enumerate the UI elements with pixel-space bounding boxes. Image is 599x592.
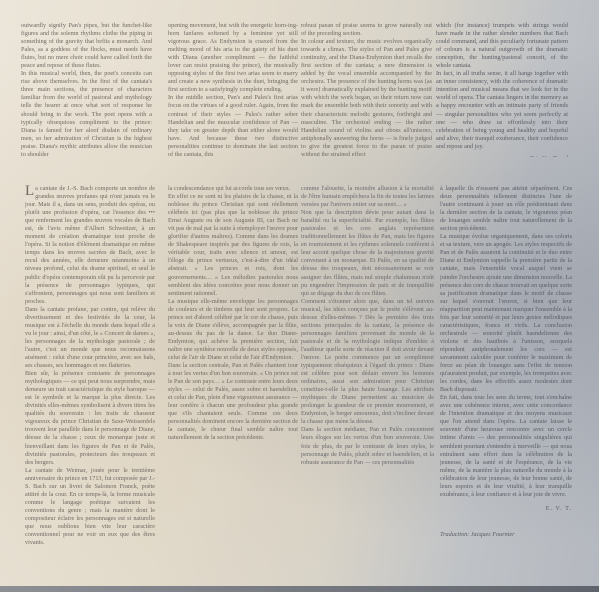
- paragraph: outwardly signify Pan's pipes, but the f…: [21, 22, 152, 70]
- paragraph: opening movement, but with the energetic…: [168, 22, 298, 94]
- french-column-3: comme l'alouette, la moindre allusion à …: [301, 185, 434, 570]
- paragraph: In colour and texture, the music evolves…: [301, 38, 432, 157]
- paragraph: la condescendance qui lui accorde tous s…: [168, 185, 298, 193]
- paragraph: Bien sûr, la présence constante de perso…: [25, 370, 155, 467]
- english-column-3: robust paean of praise seems to grow nat…: [301, 22, 432, 157]
- paragraph: In this musical world, then, the poet's …: [21, 70, 152, 157]
- paragraph: Dans la section centrale, Pan et Palès c…: [168, 362, 298, 442]
- paragraph: à laquelle ils n'eussent pas atteint sép…: [440, 185, 572, 233]
- paragraph: In the middle section, Pan's and Pales's…: [168, 94, 298, 157]
- english-column-2: opening movement, but with the energetic…: [168, 22, 298, 157]
- translation-credit: Traduction: Jacques Fournier: [440, 531, 572, 539]
- english-column-4: which (for instance) trumpets with strin…: [436, 22, 568, 157]
- paragraph: robust paean of praise seems to grow nat…: [301, 22, 432, 38]
- paragraph: Non que la description dévie pour autant…: [301, 209, 434, 298]
- paragraph: En effet ce ne sont ni les plaisirs de l…: [168, 193, 298, 298]
- paragraph: Dans la cantate profane, par contre, qui…: [25, 306, 155, 370]
- scan-edge: [0, 586, 599, 592]
- liner-notes-page: outwardly signify Pan's pipes, but the f…: [0, 0, 599, 592]
- paragraph: La cantate de J.-S. Bach comporte un nom…: [25, 185, 155, 306]
- french-column-4: à laquelle ils n'eussent pas atteint sép…: [440, 185, 572, 565]
- drop-cap: L: [25, 185, 34, 198]
- paragraph: comme l'alouette, la moindre allusion à …: [301, 185, 434, 209]
- paragraph: which (for instance) trumpets with strin…: [436, 22, 568, 70]
- paragraph: Comment s'étonner alors que, dans un tel…: [301, 298, 434, 427]
- paragraph: La cantate de Weimar, jouée pour le tren…: [25, 467, 155, 547]
- author-signature: Eric Van Tassel: [436, 155, 568, 157]
- paragraph-text: a cantate de J.-S. Bach comporte un nomb…: [25, 185, 155, 305]
- paragraph: In fact, in all truths sense, it all han…: [436, 70, 568, 150]
- paragraph: La musique évolue organiquement, dans se…: [440, 233, 572, 394]
- paragraph: La musique elle-même enveloppe les perso…: [168, 298, 298, 362]
- french-column-2: la condescendance qui lui accorde tous s…: [168, 185, 298, 570]
- author-initials: E. V. T.: [440, 505, 572, 513]
- english-column-1: outwardly signify Pan's pipes, but the f…: [21, 22, 152, 157]
- french-column-1: La cantate de J.-S. Bach comporte un nom…: [25, 185, 155, 570]
- paragraph: En fait, dans tous les sens du terme, to…: [440, 394, 572, 499]
- paragraph: Dans la section médiane, Pan et Palès co…: [301, 426, 434, 466]
